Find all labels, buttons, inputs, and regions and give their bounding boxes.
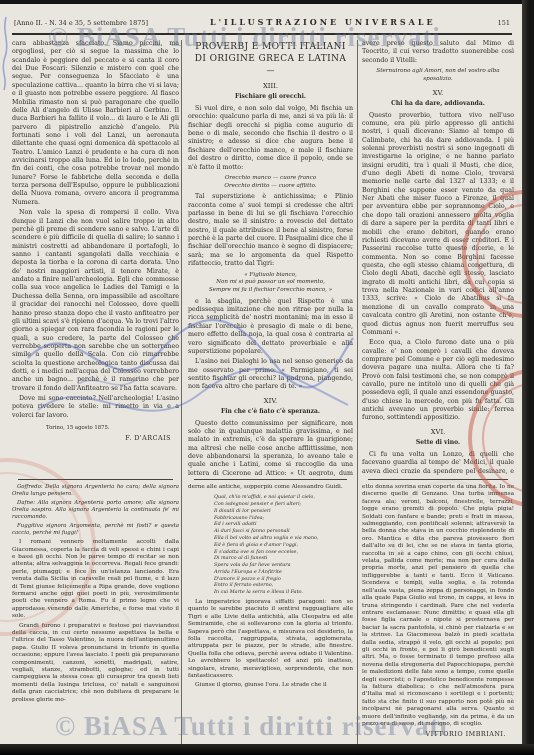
article-title-line1: PROVERBJ E MOTTI ITALIANI — [192, 42, 349, 54]
column-left: cara abbastanza sfacciato. Siamo piccini… — [12, 40, 179, 742]
scan-edge — [522, 0, 534, 755]
author-signature: VITTORIO IMBRIANI. — [362, 730, 506, 738]
paragraph: L'asino nei Dialoghi lo usa nel senso ge… — [188, 358, 353, 391]
paragraph: I romani vennero moltamente accolti dall… — [12, 539, 179, 620]
feuilleton-center: derne alle antiche, sopperpiù come Aless… — [188, 484, 353, 742]
issue-label: [Anno II. - N. 34 e 35, 5 settembre 1875… — [14, 19, 148, 27]
feuilleton-left: Goffredo: Della signora Argenteria ho cu… — [12, 484, 179, 742]
section-heading: Sette di vino. — [362, 439, 514, 447]
dialogue-line: Goffredo: Della signora Argenteria ho cu… — [12, 484, 179, 498]
paragraph: Ecco qua, a Ciolo furono date una o più … — [362, 339, 514, 423]
paragraph: Tal superstizione è antichissima; e Plin… — [188, 193, 353, 268]
column-divider — [357, 40, 358, 744]
feuilleton-rule — [368, 479, 508, 480]
paragraph: Dove mi sono cacciato? Nell'archeologia!… — [12, 395, 179, 420]
section-number: XIV. — [188, 397, 353, 406]
column-divider — [181, 40, 182, 744]
feuilleton-rule — [194, 479, 347, 480]
chronicle-article: cara abbastanza sfacciato. Siamo piccini… — [12, 40, 179, 476]
section-heading: Chi ha da dare, addiovanda. — [362, 100, 514, 108]
page-number: 151 — [498, 19, 510, 27]
paragraph: Ci fu una volta un Lonzo, di quelli che … — [362, 451, 514, 476]
paragraph: e la sbaglia, perchè quel Rispetto è una… — [188, 298, 353, 357]
title-divider: — — [188, 66, 353, 77]
couplet: Orecchio manco — cuore franco Orecchio d… — [188, 175, 353, 190]
section-number: XVI. — [362, 428, 514, 437]
paragraph: Questo detto comunissimo per significare… — [188, 420, 353, 476]
paper: [Anno II. - N. 34 e 35, 5 settembre 1875… — [0, 4, 522, 744]
paragraph: La imperatrice ignorava siffatti paragon… — [188, 599, 353, 680]
verse-quote: « Figliuolo bianco, Non mi si può passar… — [188, 272, 353, 295]
feuilleton-rule — [18, 479, 173, 480]
paragraph: avere preso questo saluto dal Mimo di Te… — [362, 40, 514, 65]
section-number: XIII. — [188, 82, 353, 91]
author-signature: F. D'ARCAIS — [12, 434, 171, 443]
paragraph: derne alle antiche, sopperpiù come Aless… — [188, 484, 353, 491]
masthead: L'ILLUSTRAZIONE UNIVERSALE — [148, 17, 498, 27]
header: [Anno II. - N. 34 e 35, 5 settembre 1875… — [14, 17, 510, 27]
scan-edge — [0, 744, 534, 755]
article-title-line2: DI ORIGINE GRECA E LATINA — [192, 54, 349, 66]
teocrito-line: Sternuirono agli Amori, non del vostro a… — [362, 68, 514, 83]
column-center: PROVERBJ E MOTTI ITALIANI DI ORIGINE GRE… — [188, 40, 353, 742]
header-rule — [12, 33, 512, 35]
proverbs-article: PROVERBJ E MOTTI ITALIANI DI ORIGINE GRE… — [188, 40, 353, 476]
paragraph: Non vale la spesa di rompersi il collo. … — [12, 209, 179, 393]
proverbs-article-continued: avere preso questo saluto dal Mimo di Te… — [362, 40, 514, 476]
article-title: PROVERBJ E MOTTI ITALIANI DI ORIGINE GRE… — [192, 42, 349, 65]
paragraph: Giunse il giorno, giunse l'ora. Le strad… — [188, 682, 353, 689]
column-right: avere preso questo saluto dal Mimo di Te… — [362, 40, 514, 742]
paragraph: cara abbastanza sfacciato. Siamo piccini… — [12, 40, 179, 207]
feuilleton-right: etto donna sovrina eran coperte da una f… — [362, 484, 514, 742]
section-number: XV. — [362, 89, 514, 98]
dialogue-line: Fuggitiva signora Argomenta, perchè mi f… — [12, 523, 179, 537]
guidi-verse: Qual, ch'io m'affidi, e noi quietar il c… — [214, 494, 353, 595]
paragraph: etto donna sovrina eran coperte da una f… — [362, 484, 514, 728]
dateline: Torino, 15 agosto 1875. — [46, 425, 179, 432]
scan-edge — [0, 0, 534, 4]
dialogue-line: Dafne: Alla signora Argenteria porto amo… — [12, 500, 179, 521]
section-heading: Fin che c'è fiato c'è speranza. — [188, 408, 353, 416]
paragraph: Grandi furono i preparativi e festose po… — [12, 623, 179, 704]
paragraph: Si vuol dire, e non solo dal volgo, Mi f… — [188, 105, 353, 172]
section-heading: Fischiare gli orecchi. — [188, 93, 353, 101]
paragraph: Questo proverbio, tuttora vivo nell'uso … — [362, 112, 514, 338]
